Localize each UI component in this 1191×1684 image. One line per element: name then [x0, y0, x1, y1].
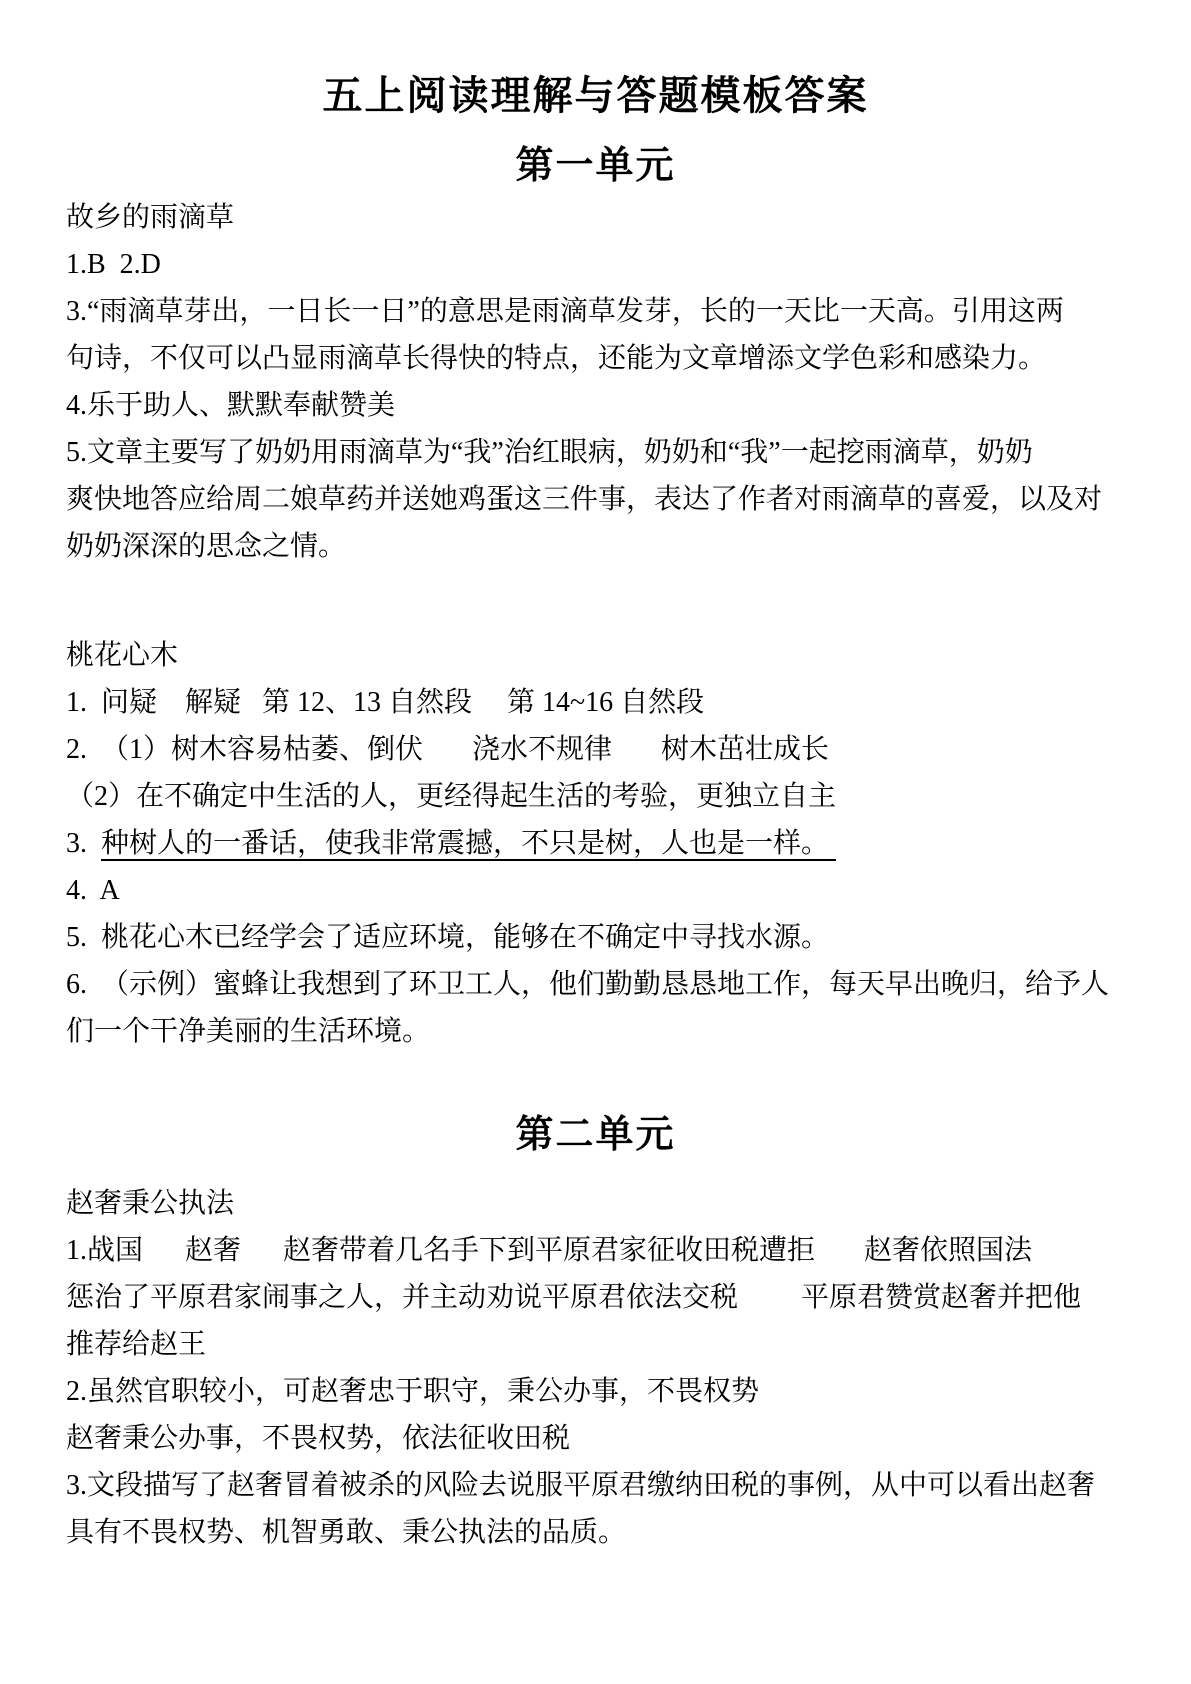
unit-1-heading: 第一单元: [66, 142, 1125, 190]
answer-line: 2. （1）树木容易枯萎、倒伏 浇水不规律 树木茁壮成长: [66, 726, 1125, 773]
passage-guxiang-yudicao: 故乡的雨滴草 1.B 2.D 3.“雨滴草芽出，一日长一日”的意思是雨滴草发芽，…: [66, 194, 1125, 570]
answer-line: 5. 桃花心木已经学会了适应环境，能够在不确定中寻找水源。: [66, 914, 1125, 961]
document-page: 五上阅读理解与答题模板答案 第一单元 故乡的雨滴草 1.B 2.D 3.“雨滴草…: [0, 0, 1191, 1684]
section-unit-1: 第一单元 故乡的雨滴草 1.B 2.D 3.“雨滴草芽出，一日长一日”的意思是雨…: [66, 142, 1125, 1055]
passage-title: 赵奢秉公执法: [66, 1180, 1125, 1227]
answer-line: 4.乐于助人、默默奉献赞美: [66, 382, 1125, 429]
page-title: 五上阅读理解与答题模板答案: [66, 72, 1125, 120]
answer-line: 句诗，不仅可以凸显雨滴草长得快的特点，还能为文章增添文学色彩和感染力。: [66, 335, 1125, 382]
answer-line: 3.文段描写了赵奢冒着被杀的风险去说服平原君缴纳田税的事例，从中可以看出赵奢: [66, 1462, 1125, 1509]
answer-line: 们一个干净美丽的生活环境。: [66, 1008, 1125, 1055]
answer-number: 3.: [66, 828, 101, 859]
answer-line: 2.虽然官职较小，可赵奢忠于职守，秉公办事，不畏权势: [66, 1368, 1125, 1415]
answer-line: 具有不畏权势、机智勇敢、秉公执法的品质。: [66, 1509, 1125, 1556]
answer-line-underlined: 3. 种树人的一番话，使我非常震撼，不只是树，人也是一样。: [66, 820, 1125, 867]
answer-line: 4. A: [66, 867, 1125, 914]
passage-title: 桃花心木: [66, 632, 1125, 679]
answer-line: 1. 问疑 解疑 第 12、13 自然段 第 14~16 自然段: [66, 679, 1125, 726]
answer-line: （2）在不确定中生活的人，更经得起生活的考验，更独立自主: [66, 773, 1125, 820]
section-unit-2: 第二单元 赵奢秉公执法 1.战国 赵奢 赵奢带着几名手下到平原君家征收田税遭拒 …: [66, 1111, 1125, 1556]
unit-2-heading: 第二单元: [66, 1111, 1125, 1159]
answer-line: 奶奶深深的思念之情。: [66, 523, 1125, 570]
answer-line: 1.战国 赵奢 赵奢带着几名手下到平原君家征收田税遭拒 赵奢依照国法: [66, 1227, 1125, 1274]
answer-line: 3.“雨滴草芽出，一日长一日”的意思是雨滴草发芽，长的一天比一天高。引用这两: [66, 288, 1125, 335]
answer-line: 推荐给赵王: [66, 1321, 1125, 1368]
answer-line: 5.文章主要写了奶奶用雨滴草为“我”治红眼病，奶奶和“我”一起挖雨滴草，奶奶: [66, 429, 1125, 476]
underlined-answer-text: 种树人的一番话，使我非常震撼，不只是树，人也是一样。: [101, 828, 836, 859]
passage-taohuaxinmu: 桃花心木 1. 问疑 解疑 第 12、13 自然段 第 14~16 自然段 2.…: [66, 632, 1125, 1055]
answer-line: 6. （示例）蜜蜂让我想到了环卫工人，他们勤勤恳恳地工作，每天早出晚归，给予人: [66, 961, 1125, 1008]
answer-line: 惩治了平原君家闹事之人，并主动劝说平原君依法交税 平原君赞赏赵奢并把他: [66, 1274, 1125, 1321]
answer-line: 赵奢秉公办事，不畏权势，依法征收田税: [66, 1415, 1125, 1462]
answer-line: 1.B 2.D: [66, 241, 1125, 288]
passage-zhaoshe: 赵奢秉公执法 1.战国 赵奢 赵奢带着几名手下到平原君家征收田税遭拒 赵奢依照国…: [66, 1180, 1125, 1556]
answer-line: 爽快地答应给周二娘草药并送她鸡蛋这三件事，表达了作者对雨滴草的喜爱，以及对: [66, 476, 1125, 523]
passage-title: 故乡的雨滴草: [66, 194, 1125, 241]
